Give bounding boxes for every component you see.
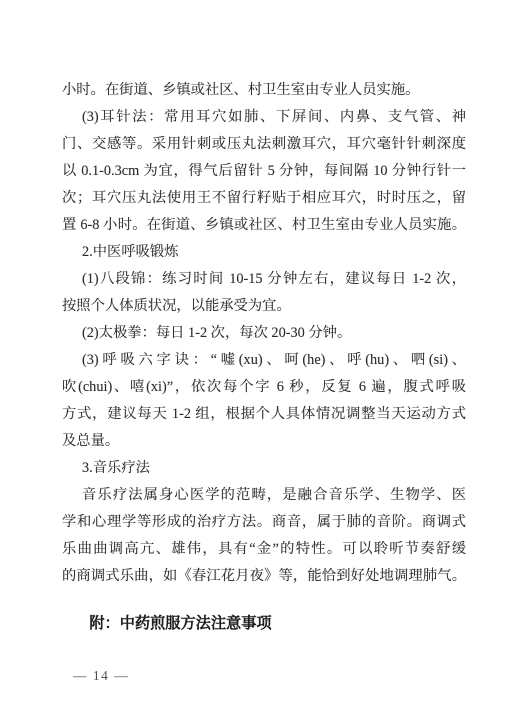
text-line: 门、交感等。采用针刺或压丸法刺激耳穴，耳穴毫针针刺深度: [62, 131, 466, 158]
text-line: 按照个人体质状况，以能承受为宜。: [62, 293, 466, 320]
page-number: — 14 —: [73, 668, 129, 684]
text-line: 置 6-8 小时。在街道、乡镇或社区、村卫生室由专业人员实施。: [62, 212, 466, 239]
text-line: 方式，建议每天 1-2 组，根据个人具体情况调整当天运动方式: [62, 401, 466, 428]
text-line: 的商调式乐曲，如《春江花月夜》等，能恰到好处地调理肺气。: [62, 563, 466, 590]
text-line: 次；耳穴压丸法使用王不留行籽贴于相应耳穴，时时压之，留: [62, 185, 466, 212]
appendix-heading: 附：中药煎服方法注意事项: [62, 612, 466, 636]
text-line: 以 0.1-0.3cm 为宜，得气后留针 5 分钟，每间隔 10 分钟行针一: [62, 158, 466, 185]
text-line: (1)八段锦：练习时间 10-15 分钟左右，建议每日 1-2 次，: [62, 266, 466, 293]
text-line: 学和心理学等形成的治疗方法。商音，属于肺的音阶。商调式: [62, 509, 466, 536]
text-line: (3)耳针法：常用耳穴如肺、下屏间、内鼻、支气管、神: [62, 104, 466, 131]
text-line: 吹(chui)、嘻(xi)”，依次每个字 6 秒，反复 6 遍，腹式呼吸: [62, 374, 466, 401]
text-line: 及总量。: [62, 428, 466, 455]
text-line: 音乐疗法属身心医学的范畴，是融合音乐学、生物学、医: [62, 482, 466, 509]
text-line: 2.中医呼吸锻炼: [62, 239, 466, 266]
text-line: (2)太极拳：每日 1-2 次，每次 20-30 分钟。: [62, 320, 466, 347]
text-line: (3)呼吸六字诀：“嘘(xu)、呵(he)、呼(hu)、呬(si)、: [62, 347, 466, 374]
text-line: 小时。在街道、乡镇或社区、村卫生室由专业人员实施。: [62, 77, 466, 104]
text-line: 3.音乐疗法: [62, 455, 466, 482]
text-line: 乐曲曲调高亢、雄伟，具有“金”的特性。可以聆听节奏舒缓: [62, 536, 466, 563]
body-text: 小时。在街道、乡镇或社区、村卫生室由专业人员实施。(3)耳针法：常用耳穴如肺、下…: [62, 77, 466, 590]
document-page: 小时。在街道、乡镇或社区、村卫生室由专业人员实施。(3)耳针法：常用耳穴如肺、下…: [0, 0, 519, 702]
